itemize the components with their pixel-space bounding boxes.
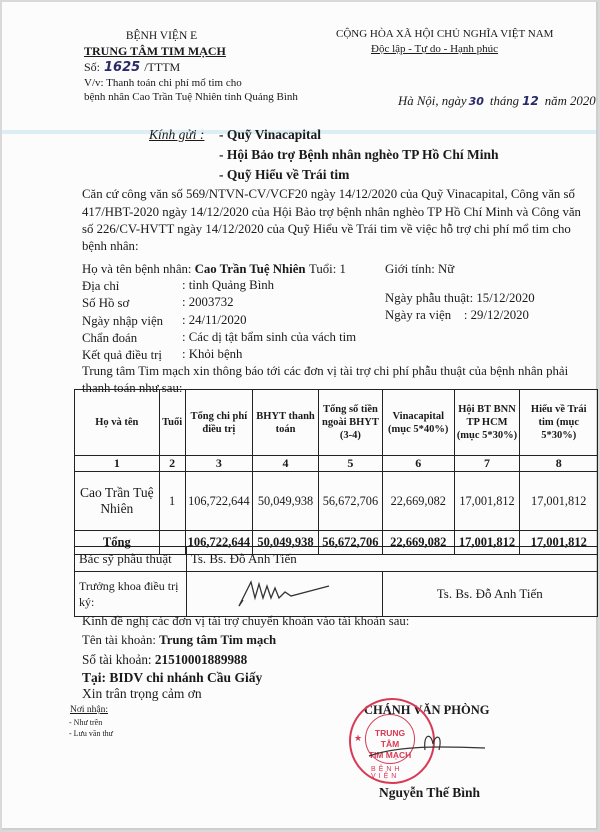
date-day: 30	[467, 95, 490, 108]
document-page: BỆNH VIỆN E TRUNG TÂM TIM MẠCH Số:1625/T…	[2, 2, 598, 830]
recipient-3: - Quỹ Hiểu về Trái tim	[219, 167, 349, 183]
head-label-line-1: Trưởng khoa điều trị	[79, 578, 182, 594]
col-header: Vinacapital (mục 5*40%)	[382, 390, 454, 456]
index-cell: 5	[318, 456, 382, 472]
footer-recipient-2: - Lưu văn thư	[69, 729, 113, 738]
recipient-1: - Quỹ Vinacapital	[219, 127, 321, 143]
cell-hieu-ve-trai-tim: 17,001,812	[520, 472, 598, 531]
col-header: Hội BT BNN TP HCM (mục 5*30%)	[454, 390, 520, 456]
motto: Độc lập - Tự do - Hạnh phúc	[371, 43, 498, 55]
recipient-2: - Hội Bảo trợ Bệnh nhân nghèo TP Hồ Chí …	[219, 147, 499, 163]
intro-line-4: bệnh nhân:	[82, 239, 139, 254]
date-month-label: tháng	[490, 94, 519, 108]
head-label: Trưởng khoa điều trị ký:	[75, 572, 187, 617]
date-month: 12	[519, 94, 545, 108]
footer-recipients-label: Nơi nhận:	[70, 705, 108, 715]
address-value: : tỉnh Quảng Bình	[182, 278, 274, 293]
signatory-name: Nguyễn Thế Bình	[379, 785, 480, 801]
thanks: Xin trân trọng cảm ơn	[82, 686, 202, 702]
head-label-line-2: ký:	[79, 594, 182, 610]
record-label: Số Hồ sơ	[82, 296, 129, 311]
document-date: Hà Nội, ngày30tháng12năm 2020	[398, 94, 596, 109]
cell-vinacapital: 22,669,082	[382, 472, 454, 531]
transfer-request: Kính đề nghị các đơn vị tài trợ chuyển k…	[82, 614, 409, 629]
doc-number: Số:1625/TTTM	[84, 60, 180, 75]
index-cell: 6	[382, 456, 454, 472]
surgeon-label: Bác sỹ phẫu thuật	[75, 547, 187, 572]
admission-value: : 24/11/2020	[182, 313, 247, 328]
col-header: Tổng số tiền ngoài BHYT (3-4)	[318, 390, 382, 456]
table-header-row: Họ và tên Tuổi Tổng chi phí điều trị BHY…	[75, 390, 598, 456]
col-header: Hiểu về Trái tim (mục 5*30%)	[520, 390, 598, 456]
discharge-row: Ngày ra viện : 29/12/2020	[385, 308, 529, 323]
result-label: Kết quả điều trị	[82, 348, 162, 363]
index-cell: 8	[520, 456, 598, 472]
discharge-value: : 29/12/2020	[464, 308, 529, 322]
account-number-label: Số tài khoản:	[82, 652, 152, 667]
hospital-name: BỆNH VIỆN E	[84, 30, 239, 42]
date-prefix: Hà Nội, ngày	[398, 94, 467, 108]
recipients-label: Kính gửi :	[149, 127, 204, 143]
intro-line-1: Căn cứ công văn số 569/NTVN-CV/VCF20 ngà…	[82, 187, 575, 202]
account-name-label: Tên tài khoản:	[82, 633, 156, 647]
index-cell: 7	[454, 456, 520, 472]
bank-name: BIDV chi nhánh Cầu Giấy	[109, 670, 262, 685]
doc-number-handwritten: 1625	[100, 60, 144, 75]
subject-line-2: bệnh nhân Cao Trần Tuệ Nhiên tỉnh Quảng …	[84, 91, 298, 103]
cell-name: Cao Trần Tuệ Nhiên	[75, 472, 160, 531]
footer-recipient-1: - Như trên	[69, 718, 102, 727]
surgeon-name: Ts. Bs. Đỗ Anh Tiến	[186, 547, 597, 572]
surgeon-row: Bác sỹ phẫu thuật Ts. Bs. Đỗ Anh Tiến	[75, 547, 598, 572]
signatory-signature-icon	[367, 732, 487, 762]
cell-out-of-insurance: 56,672,706	[318, 472, 382, 531]
bank-label: Tại:	[82, 670, 106, 685]
doc-number-prefix: Số:	[84, 60, 100, 74]
diagnosis-label: Chẩn đoán	[82, 331, 137, 346]
head-name: Ts. Bs. Đỗ Anh Tiến	[382, 572, 597, 617]
index-cell: 4	[253, 456, 319, 472]
account-name-row: Tên tài khoản: Trung tâm Tim mạch	[82, 633, 276, 648]
intro-line-3: số 226/CV-HVTT ngày 14/12/2020 của Quỹ H…	[82, 222, 571, 237]
admission-label: Ngày nhập viện	[82, 314, 163, 329]
subject-line-1: V/v: Thanh toán chi phí mổ tim cho	[84, 77, 242, 89]
signature-table: Bác sỹ phẫu thuật Ts. Bs. Đỗ Anh Tiến Tr…	[74, 546, 598, 617]
cost-table: Họ và tên Tuổi Tổng chi phí điều trị BHY…	[74, 389, 598, 555]
patient-gender: Giới tính: Nữ	[385, 262, 454, 277]
address-label: Địa chỉ	[82, 279, 119, 294]
notice-line-1: Trung tâm Tim mạch xin thông báo tới các…	[82, 364, 568, 379]
col-header: BHYT thanh toán	[253, 390, 319, 456]
table-index-row: 1 2 3 4 5 6 7 8	[75, 456, 598, 472]
department-name: TRUNG TÂM TIM MẠCH	[84, 44, 226, 59]
doc-number-suffix: /TTTM	[144, 60, 180, 74]
cell-hbt-bnn: 17,001,812	[454, 472, 520, 531]
stamp-arc-text: BỆNH VIỆN	[371, 766, 433, 780]
patient-age: Tuổi: 1	[309, 262, 346, 277]
bank-row: Tại: BIDV chi nhánh Cầu Giấy	[82, 670, 262, 686]
national-title: CỘNG HÒA XÃ HỘI CHỦ NGHĨA VIỆT NAM	[336, 28, 553, 40]
patient-name: Cao Trần Tuệ Nhiên	[195, 262, 306, 276]
head-row: Trưởng khoa điều trị ký: Ts. Bs. Đỗ Anh …	[75, 572, 598, 617]
star-icon: ★	[354, 733, 362, 744]
date-year: năm 2020	[545, 94, 596, 108]
surgery-date: Ngày phẫu thuật: 15/12/2020	[385, 291, 535, 306]
record-value: : 2003732	[182, 295, 234, 310]
patient-name-label: Họ và tên bệnh nhân:	[82, 262, 191, 276]
cell-insurance: 50,049,938	[253, 472, 319, 531]
patient-name-row: Họ và tên bệnh nhân: Cao Trần Tuệ Nhiên	[82, 262, 306, 277]
discharge-label: Ngày ra viện	[385, 308, 451, 322]
signature-icon	[229, 574, 339, 610]
account-number-row: Số tài khoản: 21510001889988	[82, 652, 247, 668]
table-row: Cao Trần Tuệ Nhiên 1 106,722,644 50,049,…	[75, 472, 598, 531]
index-cell: 2	[159, 456, 185, 472]
result-value: : Khỏi bệnh	[182, 347, 242, 362]
account-number: 21510001889988	[155, 652, 247, 667]
index-cell: 3	[185, 456, 253, 472]
cell-total-cost: 106,722,644	[185, 472, 253, 531]
diagnosis-value: : Các dị tật bẩm sinh của vách tim	[182, 330, 356, 345]
cell-age: 1	[159, 472, 185, 531]
intro-line-2: 417/HBT-2020 ngày 14/12/2020 của Hội Bảo…	[82, 205, 581, 220]
col-header: Tổng chi phí điều trị	[185, 390, 253, 456]
account-name: Trung tâm Tim mạch	[159, 633, 276, 647]
head-signature	[186, 572, 382, 617]
col-header: Tuổi	[159, 390, 185, 456]
col-header: Họ và tên	[75, 390, 160, 456]
index-cell: 1	[75, 456, 160, 472]
